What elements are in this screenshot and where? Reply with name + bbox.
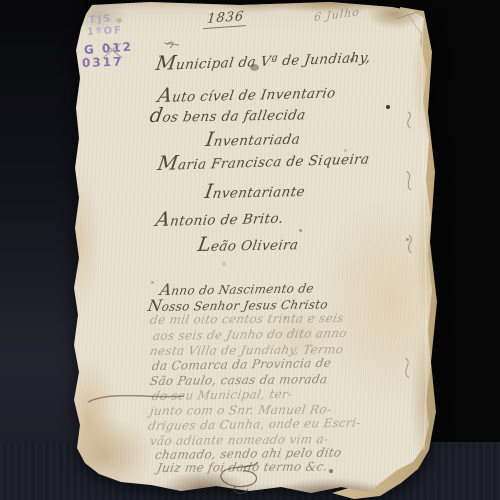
- year-heading: 1836: [203, 9, 248, 29]
- body-line: do seu Municipal, ter-: [151, 387, 294, 403]
- title-line: Antonio de Brito.: [154, 205, 285, 231]
- ink-spot: [329, 469, 333, 473]
- body-line: São Paulo, casas da morada: [149, 372, 329, 388]
- body-line: Juiz me foi dado termo &c.: [156, 459, 329, 475]
- stain-spot: [116, 18, 122, 23]
- foxing-spot: [151, 281, 154, 284]
- archival-mark: 0317: [82, 55, 124, 70]
- foxing-spot: [406, 238, 409, 241]
- title-line: Leão Oliveira: [196, 231, 300, 256]
- archival-mark: TJS: [89, 13, 113, 26]
- title-line: Inventariante: [203, 178, 307, 203]
- title-line: dos bens da fallecida: [148, 101, 308, 127]
- body-line: de mil oito centos trinta e seis: [149, 311, 345, 327]
- foxing-spot: [222, 262, 226, 266]
- photograph: TJS 1ºOF G 012 0317 1836 6 Julho Municip…: [0, 0, 500, 500]
- ink-spot: [386, 105, 390, 109]
- archival-mark: 1ºOF: [87, 25, 123, 38]
